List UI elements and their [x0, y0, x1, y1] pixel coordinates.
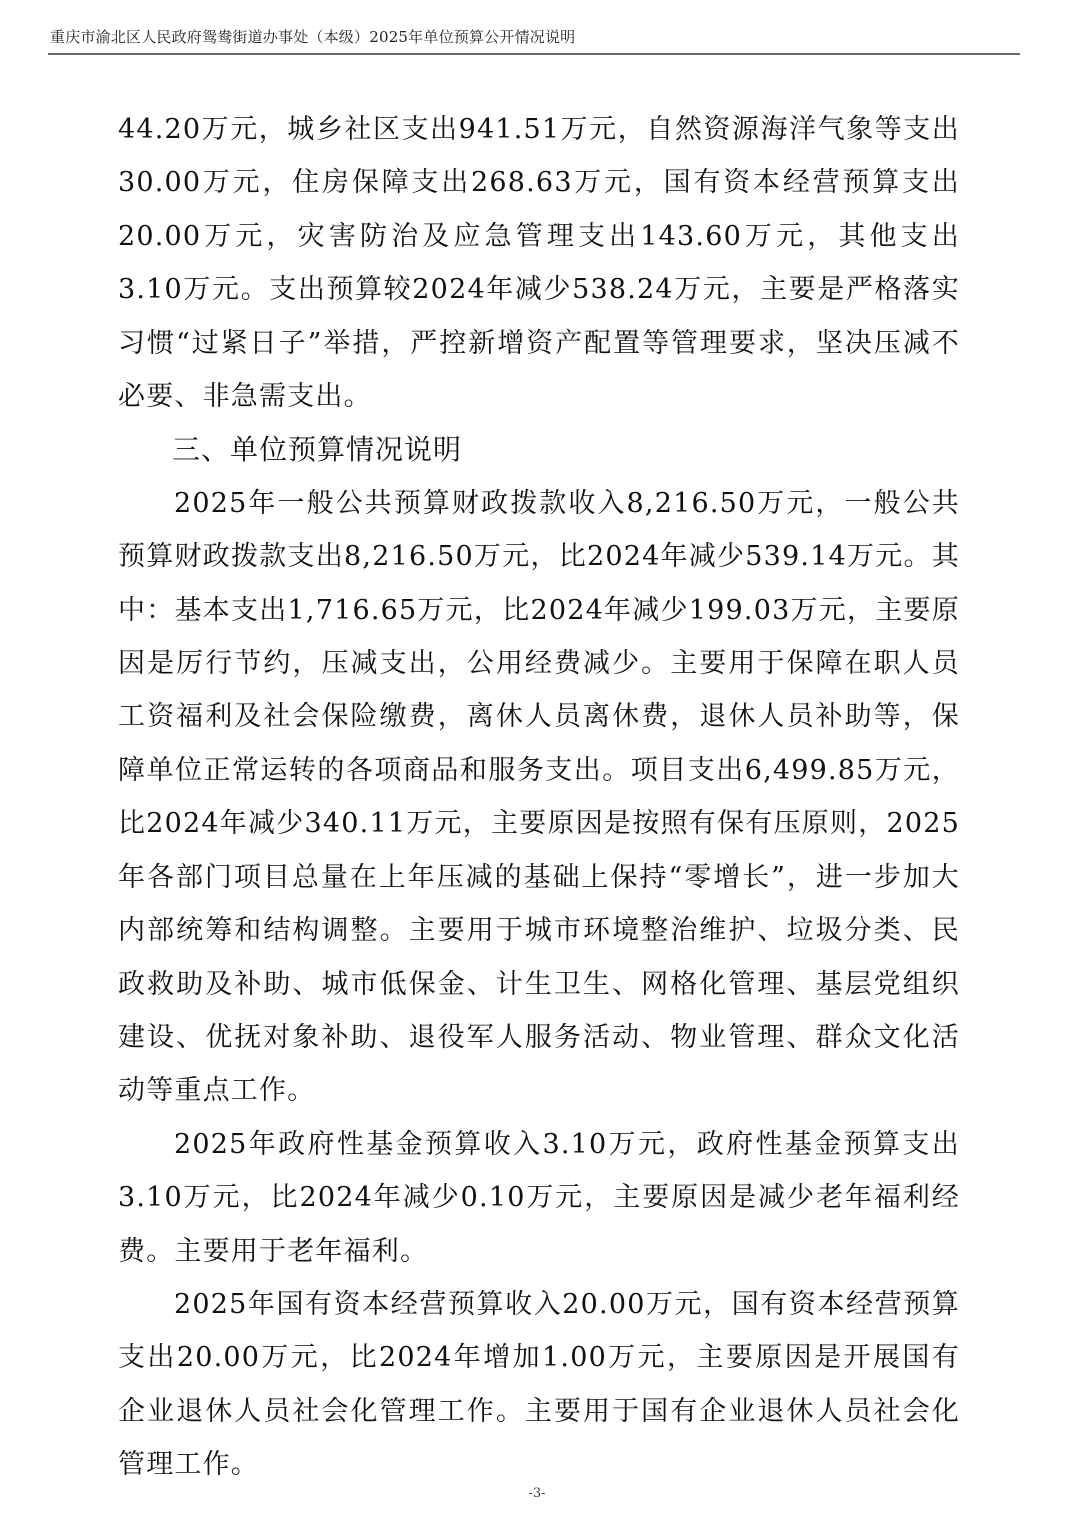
header-divider [48, 53, 1020, 55]
continuation-paragraph: 44.20万元，城乡社区支出941.51万元，自然资源海洋气象等支出30.00万… [118, 103, 960, 423]
document-title: 重庆市渝北区人民政府鸳鸯街道办事处（本级）2025年单位预算公开情况说明 [48, 26, 1020, 47]
paragraph-general-budget: 2025年一般公共预算财政拨款收入8,216.50万元，一般公共预算财政拨款支出… [118, 477, 960, 1118]
paragraph-government-fund: 2025年政府性基金预算收入3.10万元，政府性基金预算支出3.10万元，比20… [118, 1118, 960, 1278]
page-number: -3- [0, 1486, 1074, 1501]
page-header: 重庆市渝北区人民政府鸳鸯街道办事处（本级）2025年单位预算公开情况说明 [48, 26, 1020, 55]
document-body: 44.20万元，城乡社区支出941.51万元，自然资源海洋气象等支出30.00万… [118, 103, 960, 1492]
paragraph-state-capital: 2025年国有资本经营预算收入20.00万元，国有资本经营预算支出20.00万元… [118, 1278, 960, 1492]
section-heading: 三、单位预算情况说明 [118, 423, 960, 476]
